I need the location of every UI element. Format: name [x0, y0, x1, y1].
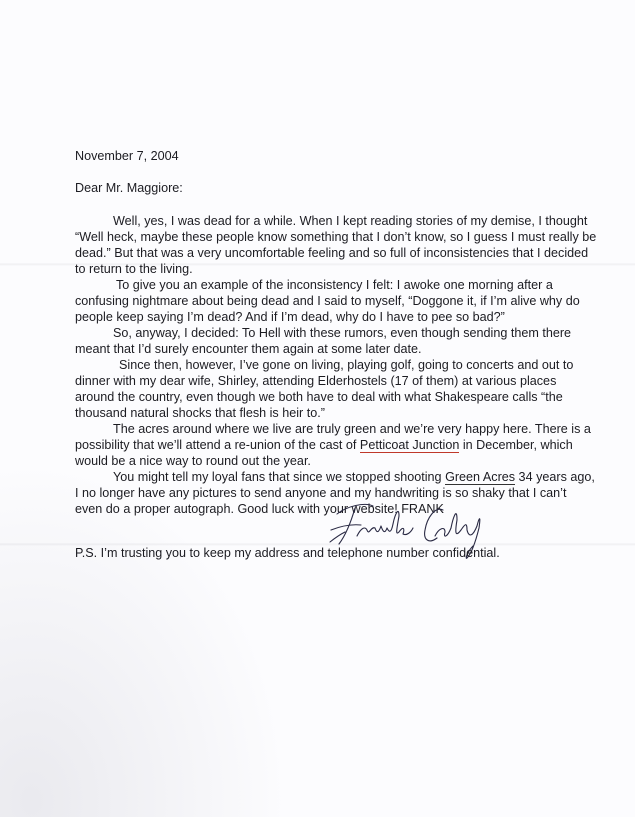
paragraph-acres: The acres around where we live are truly…: [75, 421, 597, 469]
letter-page: November 7, 2004 Dear Mr. Maggiore: Well…: [0, 0, 635, 817]
letter-date: November 7, 2004: [75, 149, 179, 163]
show-title-petticoat-junction: Petticoat Junction: [360, 438, 459, 453]
letter-body: Well, yes, I was dead for a while. When …: [75, 213, 597, 517]
postscript: P.S. I’m trusting you to keep my address…: [75, 546, 500, 560]
p6-before: You might tell my loyal fans that since …: [113, 470, 445, 484]
paragraph-rumors: So, anyway, I decided: To Hell with thes…: [75, 325, 597, 357]
salutation: Dear Mr. Maggiore:: [75, 181, 183, 195]
show-title-green-acres: Green Acres: [445, 470, 515, 485]
paragraph-inconsistency: To give you an example of the inconsiste…: [75, 277, 597, 325]
paragraph-dead-for-a-while: Well, yes, I was dead for a while. When …: [75, 213, 597, 277]
paragraph-since-then: Since then, however, I’ve gone on living…: [75, 357, 597, 421]
